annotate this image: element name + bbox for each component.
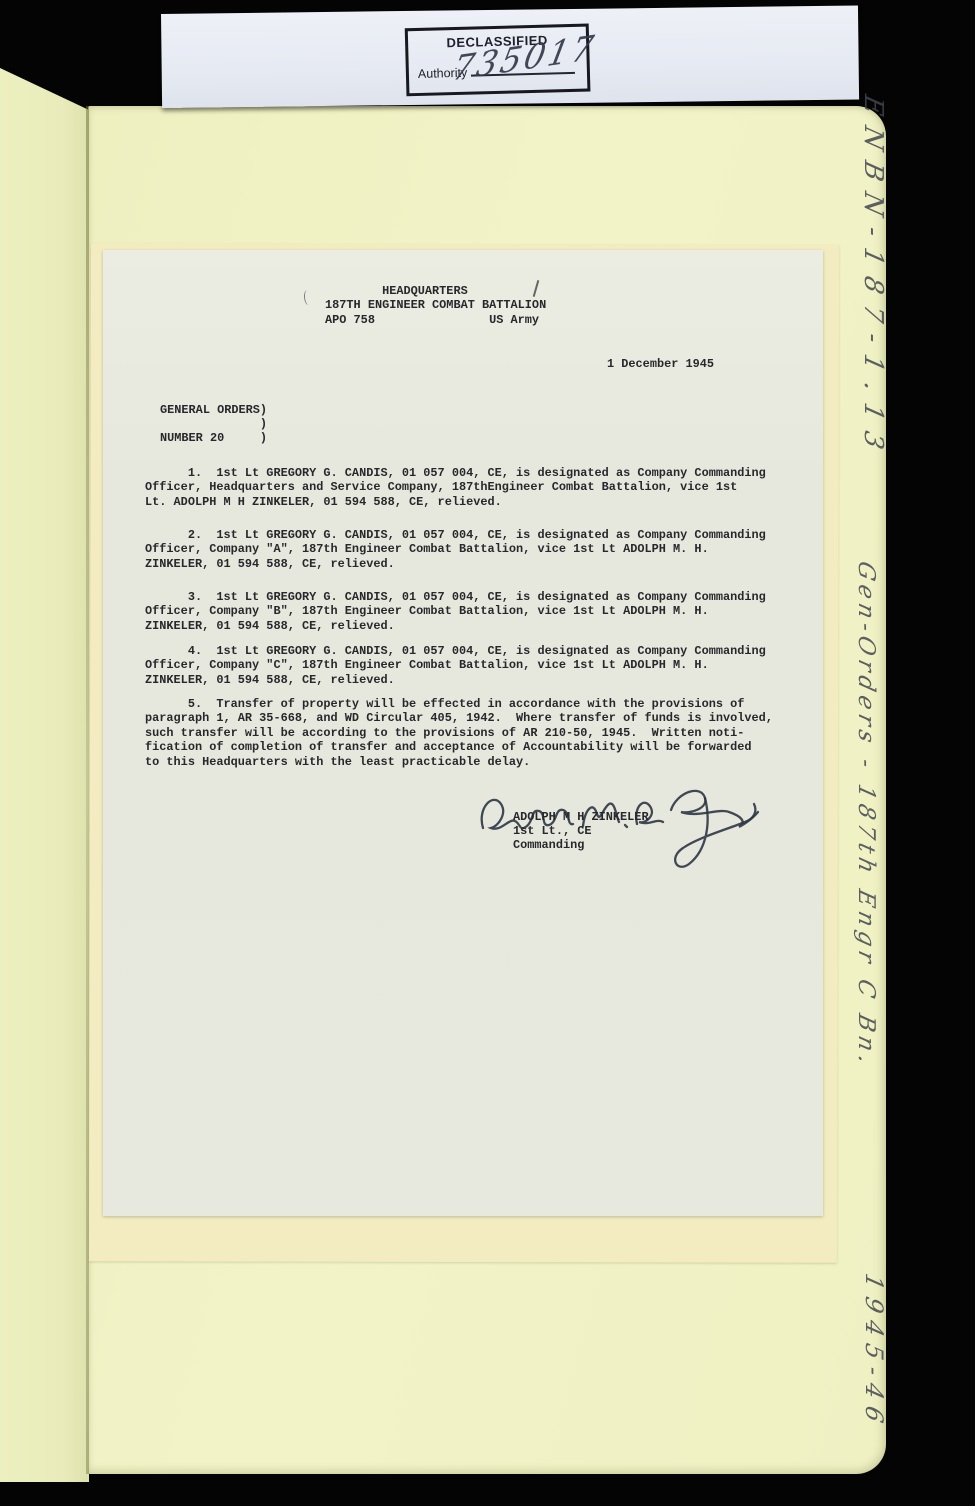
- general-orders-heading: GENERAL ORDERS) ) NUMBER 20 ): [160, 403, 267, 445]
- document-date: 1 December 1945: [607, 357, 714, 371]
- paragraph-1: 1. 1st Lt GREGORY G. CANDIS, 01 057 004,…: [145, 466, 766, 509]
- declassified-stamp: DECLASSIFIED Authority 735017: [405, 23, 591, 96]
- paragraph-4: 4. 1st Lt GREGORY G. CANDIS, 01 057 004,…: [145, 644, 766, 687]
- scan-canvas: DECLASSIFIED Authority 735017 HEADQUARTE…: [0, 0, 975, 1506]
- folder-left-flap: [0, 68, 89, 1482]
- paragraph-3: 3. 1st Lt GREGORY G. CANDIS, 01 057 004,…: [145, 590, 766, 633]
- folder-fold-crease: [86, 106, 89, 1474]
- margin-note-bottom: 1945-46: [860, 1271, 888, 1434]
- margin-note-middle: Gen-Orders - 187th Engr C Bn.: [853, 558, 879, 1071]
- declassified-slip: DECLASSIFIED Authority 735017: [161, 5, 859, 108]
- paragraph-5: 5. Transfer of property will be effected…: [145, 697, 773, 769]
- stray-pen-mark: [303, 290, 313, 306]
- margin-note-top: ENBN-187-1.13: [858, 92, 888, 464]
- document-header: HEADQUARTERS 187TH ENGINEER COMBAT BATTA…: [325, 284, 546, 327]
- paragraph-2: 2. 1st Lt GREGORY G. CANDIS, 01 057 004,…: [145, 528, 766, 571]
- document-page: HEADQUARTERS 187TH ENGINEER COMBAT BATTA…: [103, 250, 823, 1216]
- signature-block: ADOLPH M H ZINKELER 1st Lt., CE Commandi…: [513, 810, 649, 853]
